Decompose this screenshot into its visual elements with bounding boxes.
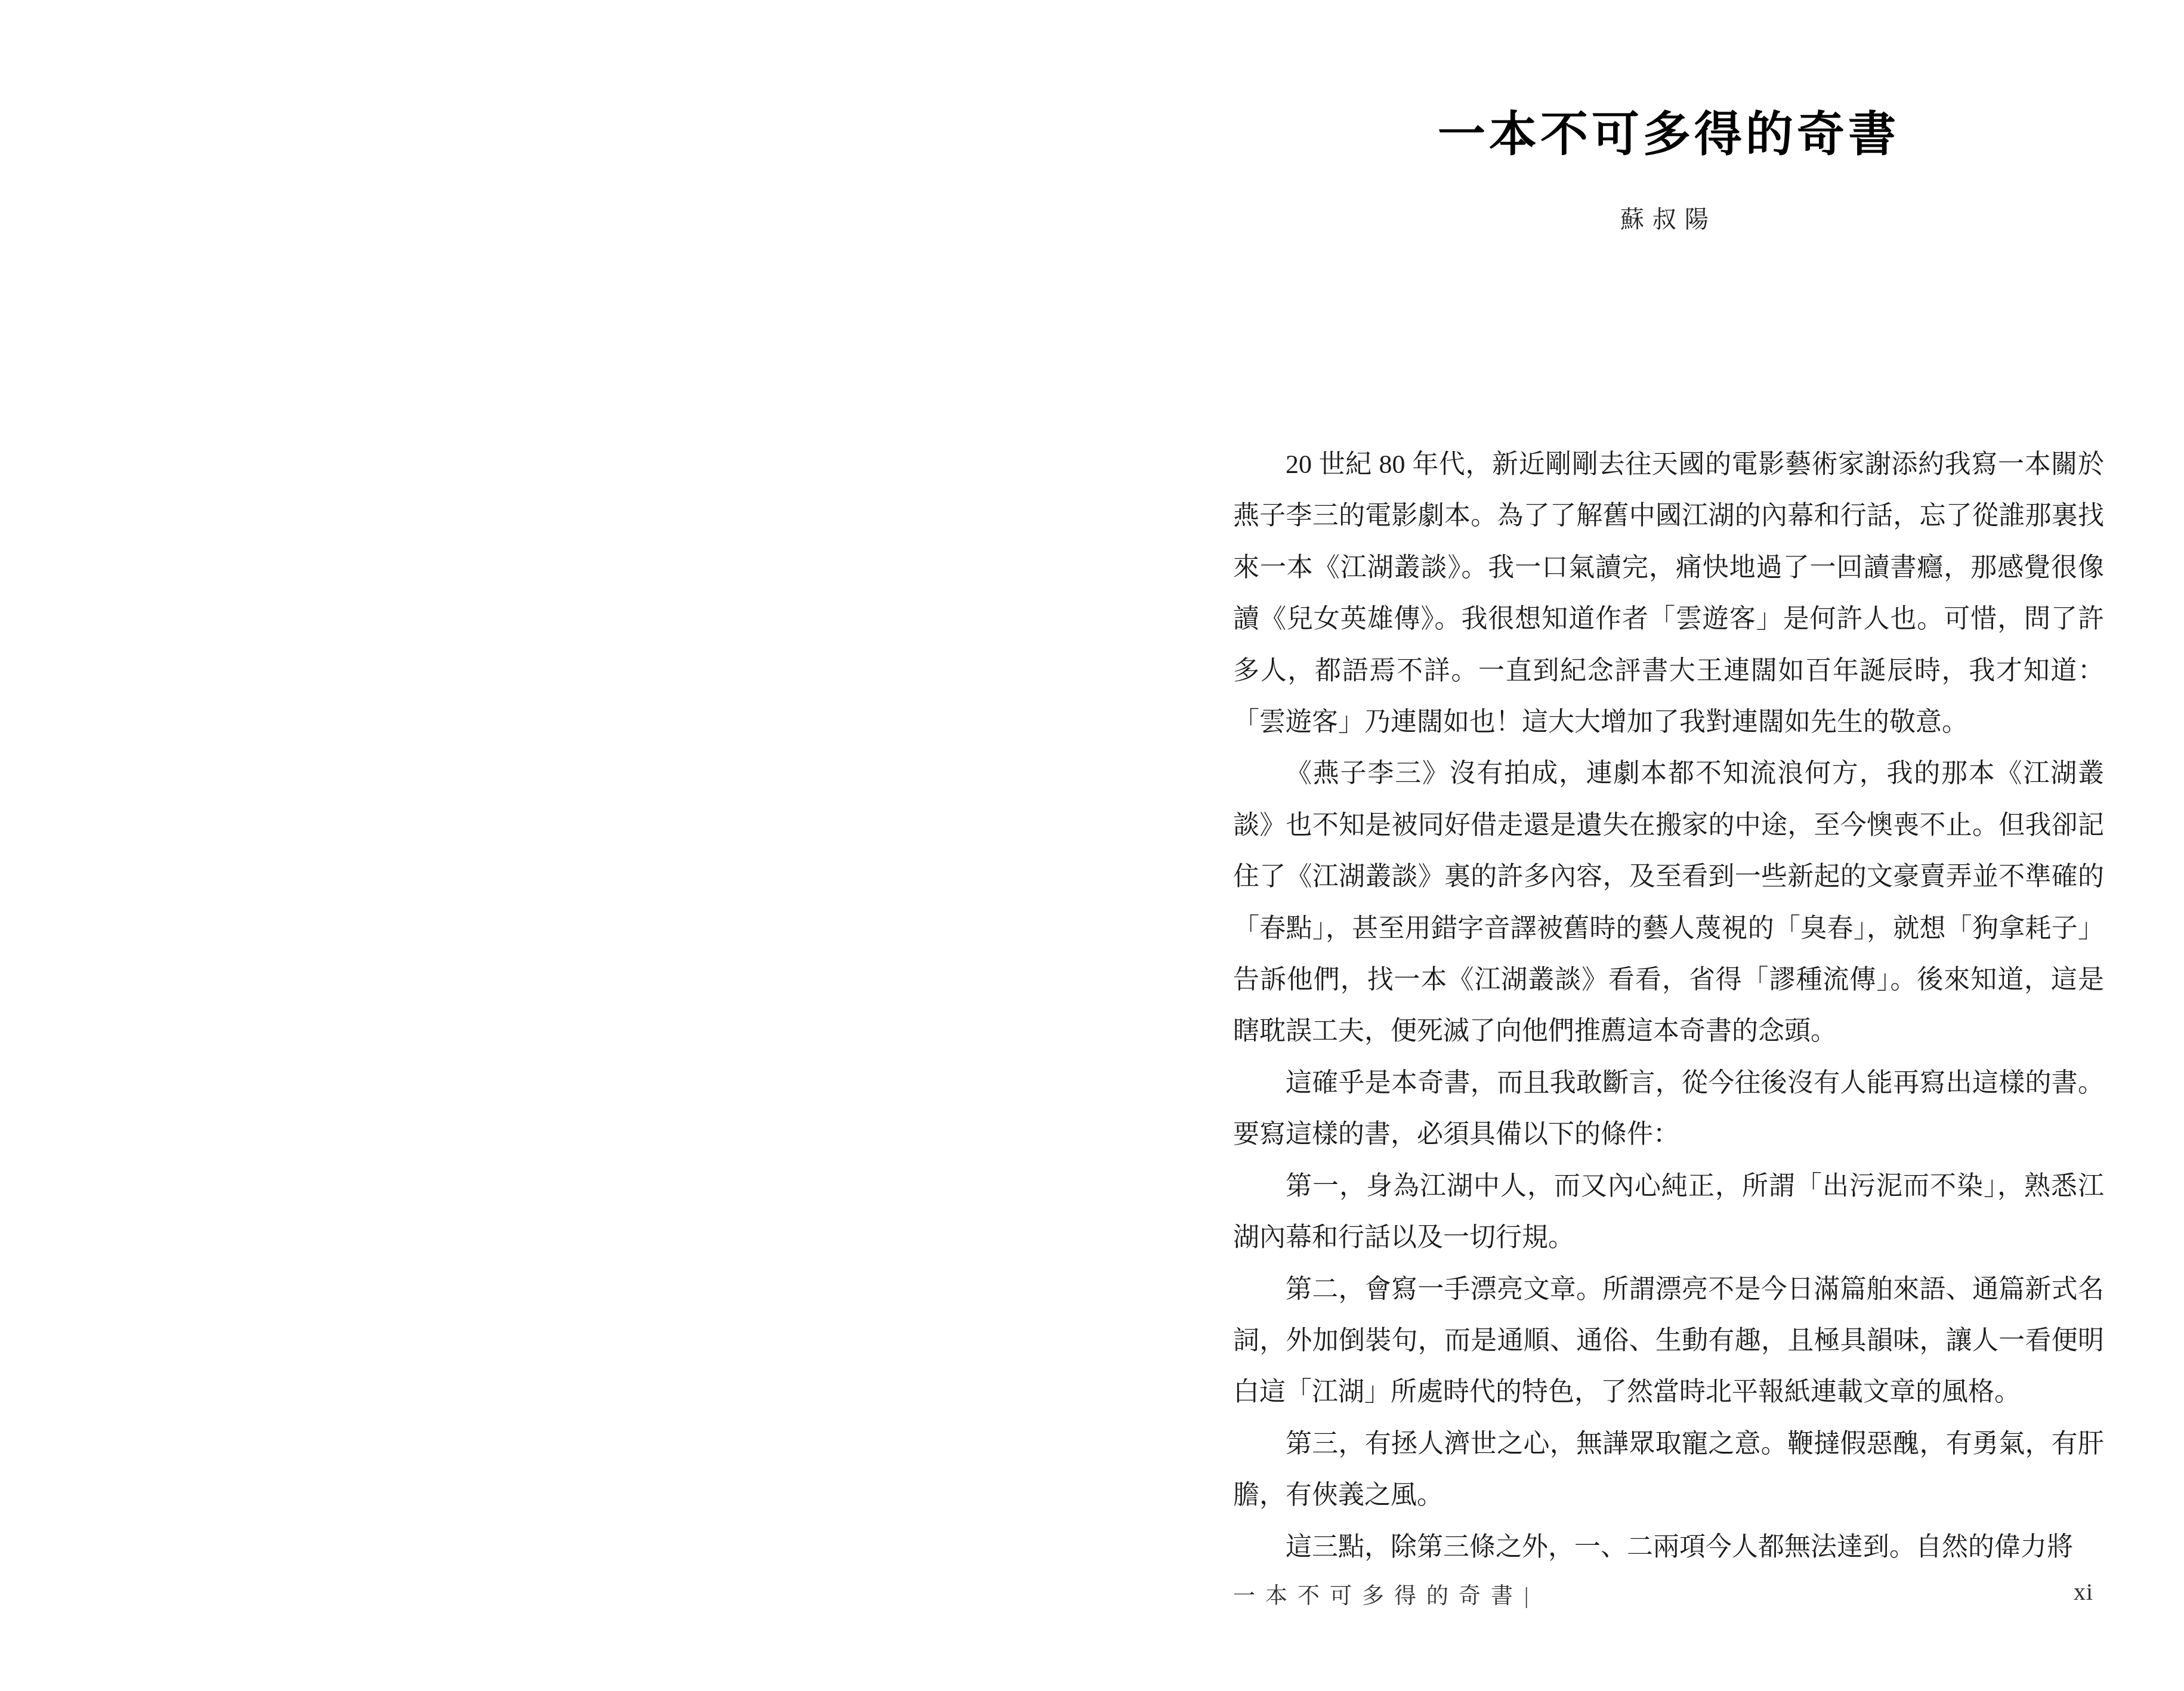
paragraph: 第一，身為江湖中人，而又內心純正，所謂「出污泥而不染」，熟悉江湖內幕和行話以及一… <box>1233 1161 2104 1264</box>
paragraph: 這三點，除第三條之外，一、二兩項今人都無法達到。自然的偉力將 <box>1233 1522 2104 1573</box>
body-text: 20 世紀 80 年代，新近剛剛去往天國的電影藝術家謝添約我寫一本關於燕子李三的… <box>1233 439 2104 1573</box>
book-spread: 一本不可多得的奇書 蘇叔陽 20 世紀 80 年代，新近剛剛去往天國的電影藝術家… <box>0 0 2184 1691</box>
page-number: xi <box>2074 1578 2093 1606</box>
paragraph: 20 世紀 80 年代，新近剛剛去往天國的電影藝術家謝添約我寫一本關於燕子李三的… <box>1233 439 2104 748</box>
footer-running-title: 一本不可多得的奇書 <box>1233 1584 1523 1609</box>
footer-separator: | <box>1524 1584 1528 1609</box>
chapter-title: 一本不可多得的奇書 <box>1233 95 2104 164</box>
left-page-blank <box>0 0 1092 1691</box>
paragraph: 《燕子李三》沒有拍成，連劇本都不知流浪何方，我的那本《江湖叢談》也不知是被同好借… <box>1233 748 2104 1057</box>
paragraph: 第二，會寫一手漂亮文章。所謂漂亮不是今日滿篇舶來語、通篇新式名詞，外加倒裝句，而… <box>1233 1264 2104 1418</box>
paragraph: 第三，有拯人濟世之心，無譁眾取寵之意。鞭撻假惡醜，有勇氣，有肝膽，有俠義之風。 <box>1233 1418 2104 1522</box>
right-page: 一本不可多得的奇書 蘇叔陽 20 世紀 80 年代，新近剛剛去往天國的電影藝術家… <box>1092 0 2184 1691</box>
paragraph: 這確乎是本奇書，而且我敢斷言，從今往後沒有人能再寫出這樣的書。要寫這樣的書，必須… <box>1233 1058 2104 1161</box>
page-footer: 一本不可多得的奇書| xi <box>1233 1578 2104 1613</box>
author-name: 蘇叔陽 <box>1233 200 2104 234</box>
